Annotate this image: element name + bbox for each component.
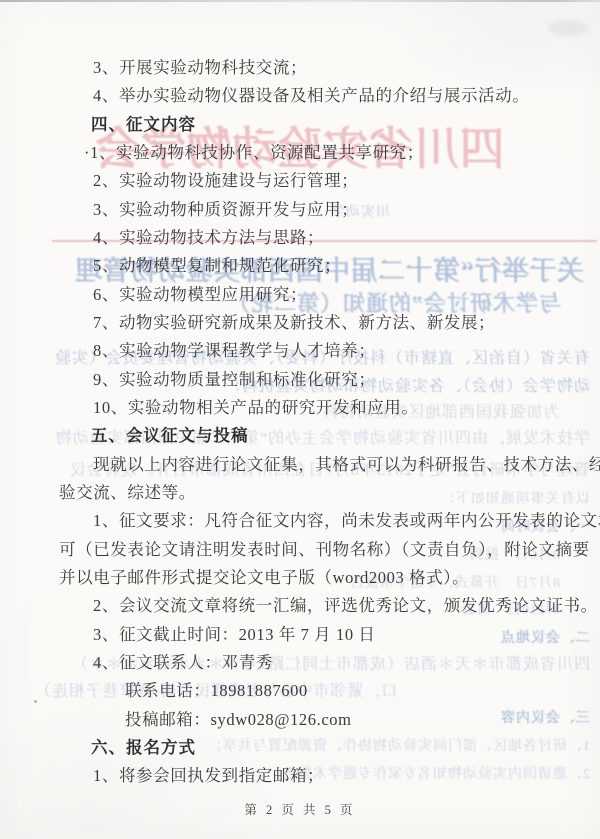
text-line: 并以电子邮件形式提交论文电子版（word2003 格式）。 <box>59 570 469 587</box>
text-line: 2、实验动物设施建设与运行管理； <box>93 173 358 190</box>
text-line: 1、将参会回执发到指定邮箱； <box>93 768 324 785</box>
page-number-footer: 第 2 页 共 5 页 <box>0 800 600 818</box>
text-line: 7、动物实验研究新成果及新技术、新方法、新发展； <box>93 315 495 332</box>
text-line: 五、会议征文与投稿 <box>91 428 249 445</box>
text-line: 4、举办实验动物仪器设备及相关产品的介绍与展示活动。 <box>93 88 529 105</box>
scanned-document-page: 四川省实验动物学会 川实动学 关于举行“第十二届中国西部实验动物管理 与学术研讨… <box>0 0 600 839</box>
text-line: 联系电话：18981887600 <box>125 683 308 700</box>
text-line: 5、动物模型复制和规范化研究； <box>93 258 341 275</box>
text-line: 2、会议交流文章将统一汇编，评选优秀论文，颁发优秀论文证书。 <box>93 598 598 615</box>
text-line: 8、实验动物学课程教学与人才培养； <box>93 343 375 360</box>
text-line: 可（已发表论文请注明发表时间、刊物名称）（文责自负），附论文摘要 <box>59 542 590 559</box>
text-line: 4、征文联系人：邓青秀 <box>93 655 273 672</box>
text-line: 3、实验动物种质资源开发与应用； <box>93 202 358 219</box>
text-line: 验交流、综述等。 <box>59 485 196 502</box>
text-line: 4、实验动物技术方法与思路； <box>93 230 324 247</box>
text-line: 10、实验动物相关产品的研究开发和应用。 <box>93 400 419 417</box>
text-line: 现就以上内容进行论文征集，其格式可以为科研报告、技术方法、经 <box>93 457 600 474</box>
text-line: 四、征文内容 <box>91 117 196 134</box>
text-line: 3、开展实验动物科技交流； <box>93 60 307 77</box>
document-text-layer: 3、开展实验动物科技交流；4、举办实验动物仪器设备及相关产品的介绍与展示活动。四… <box>0 0 600 839</box>
text-line: 1、征文要求：凡符合征文内容，尚未发表或两年内公开发表的论文均 <box>93 513 600 530</box>
text-line: ·1、实验动物科技协作、资源配置共享研究； <box>84 145 424 162</box>
scan-speck <box>34 700 37 703</box>
text-line: 9、实验动物质量控制和标准化研究； <box>93 372 375 389</box>
text-line: 投稿邮箱：sydw028@126.com <box>125 712 352 729</box>
text-line: 3、征文截止时间：2013 年 7 月 10 日 <box>93 627 376 644</box>
text-line: 6、实验动物模型应用研究； <box>93 287 307 304</box>
text-line: 六、报名方式 <box>91 740 196 757</box>
